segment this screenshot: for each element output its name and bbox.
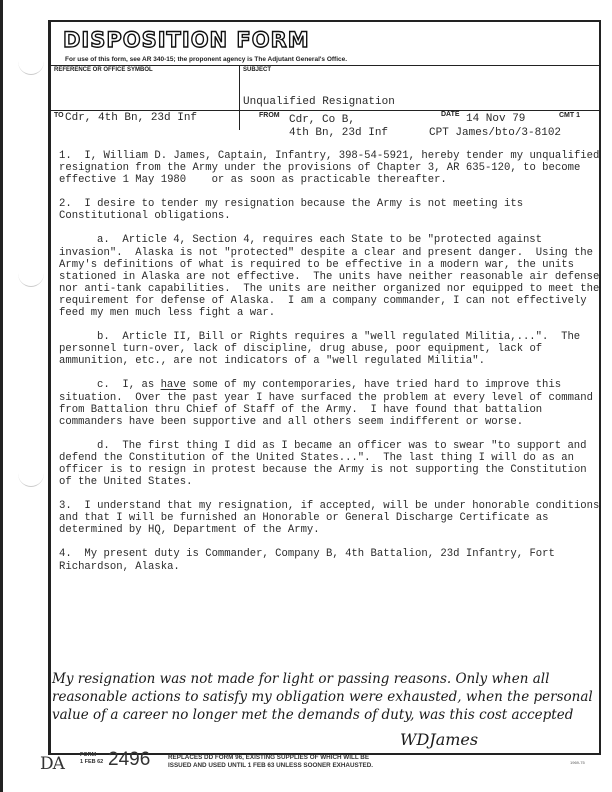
handwritten-note: My resignation was not made for light or… xyxy=(52,670,602,724)
paragraph-2c: c. I, as have some of my contemporaries,… xyxy=(59,379,604,427)
paragraph-2: 2. I desire to tender my resignation bec… xyxy=(59,198,604,222)
footer-note: REPLACES DD FORM 96, EXISTING SUPPLIES O… xyxy=(168,754,373,769)
footer-code: 1969-75 xyxy=(570,760,585,765)
date-label: DATE xyxy=(441,111,460,118)
footer-note-line-2: ISSUED AND USED UNTIL 1 FEB 63 UNLESS SO… xyxy=(168,762,373,770)
reference-label: REFERENCE OR OFFICE SYMBOL xyxy=(54,67,153,73)
paragraph-2c-start: c. I, as xyxy=(97,379,161,391)
divider xyxy=(51,110,599,111)
paragraph-3: 3. I understand that my resignation, if … xyxy=(59,500,604,536)
form-title: DISPOSITION FORM xyxy=(63,28,310,52)
form-subtitle: For use of this form, see AR 340-15; the… xyxy=(65,56,347,63)
footer-da: DA xyxy=(40,754,64,774)
subject-value: Unqualified Resignation xyxy=(243,96,395,108)
author-line: CPT James/bto/3-8102 xyxy=(429,127,561,139)
form-number: 2496 xyxy=(108,749,150,771)
footer-form-label: FORM 1 FEB 62 xyxy=(80,752,103,766)
scan-edge xyxy=(0,0,3,792)
paragraph-2b: b. Article II, Bill or Rights requires a… xyxy=(59,331,604,367)
comment-number: CMT 1 xyxy=(559,112,580,119)
from-line-2: 4th Bn, 23d Inf xyxy=(289,127,388,139)
from-label: FROM xyxy=(259,112,280,119)
form-label: FORM xyxy=(80,752,103,759)
disposition-form: DISPOSITION FORM For use of this form, s… xyxy=(48,20,601,755)
letter-body: 1. I, William D. James, Captain, Infantr… xyxy=(59,150,604,585)
paragraph-4: 4. My present duty is Commander, Company… xyxy=(59,548,604,572)
signature: WDJames xyxy=(400,730,478,749)
footer-note-line-1: REPLACES DD FORM 96, EXISTING SUPPLIES O… xyxy=(168,754,373,762)
paragraph-2a: a. Article 4, Section 4, requires each S… xyxy=(59,234,604,319)
punch-hole xyxy=(18,260,44,287)
punch-hole xyxy=(18,460,44,487)
divider xyxy=(51,65,599,66)
struck-word: have xyxy=(161,379,186,391)
from-line-1: Cdr, Co B, xyxy=(289,114,355,126)
to-label: TO xyxy=(54,112,64,119)
punch-hole xyxy=(18,48,44,75)
date-value: 14 Nov 79 xyxy=(466,113,525,125)
to-value: Cdr, 4th Bn, 23d Inf xyxy=(65,112,197,124)
divider xyxy=(239,65,240,130)
paragraph-2d: d. The first thing I did as I became an … xyxy=(59,440,604,488)
form-date: 1 FEB 62 xyxy=(80,759,103,766)
paragraph-1: 1. I, William D. James, Captain, Infantr… xyxy=(59,150,604,186)
subject-label: SUBJECT xyxy=(243,67,271,73)
